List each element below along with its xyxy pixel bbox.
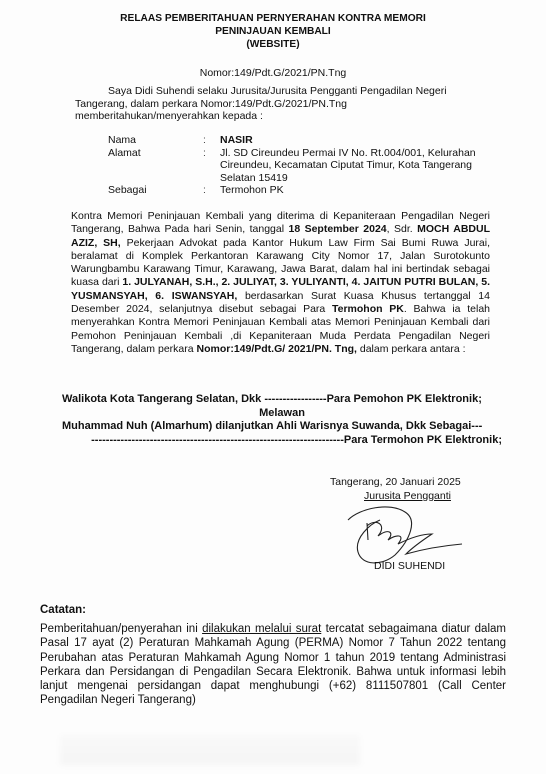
separator: : (203, 134, 220, 147)
received-date: 18 September 2024 (288, 223, 386, 235)
body-paragraph: Kontra Memori Peninjauan Kembali yang di… (71, 210, 490, 356)
title-line-3: (WEBSITE) (0, 38, 546, 51)
place-date: Tangerang, 20 Januari 2025 (330, 476, 461, 489)
separator: : (203, 147, 220, 185)
recipient-name-row: Nama : NASIR (108, 134, 488, 147)
title-line-1: RELAAS PEMBERITAHUAN PERNYERAHAN KONTRA … (0, 12, 546, 25)
notes-text-underlined: dilakukan melalui surat (202, 623, 321, 635)
recipient-identity: Nama : NASIR Alamat : Jl. SD Cireundeu P… (108, 134, 488, 197)
recipient-role-row: Sebagai : Termohon PK (108, 184, 488, 197)
address-label: Alamat (108, 147, 203, 185)
name-value: NASIR (220, 134, 488, 147)
defendant-line: Muhammad Nuh (Almarhum) dilanjutkan Ahli… (62, 420, 502, 434)
notes-text-part: tercatat sebagaimana diatur dalam Pasal … (40, 623, 506, 706)
defendant-role-line: ----------------------------------------… (62, 434, 502, 448)
plaintiff-line: Walikota Kota Tangerang Selatan, Dkk ---… (62, 393, 502, 407)
name-label: Nama (108, 134, 203, 147)
intro-line-3: memberitahukan/menyerahkan kepada : (75, 110, 495, 123)
signer-name: DIDI SUHENDI (374, 560, 445, 573)
notes-text: Pemberitahuan/penyerahan ini dilakukan m… (40, 622, 506, 708)
body-text: , Sdr. (387, 223, 417, 235)
case-number: Nomor:149/Pdt.G/2021/PN.Tng (0, 67, 546, 79)
document-page: RELAAS PEMBERITAHUAN PERNYERAHAN KONTRA … (0, 0, 546, 774)
separator: : (203, 184, 220, 197)
document-title: RELAAS PEMBERITAHUAN PERNYERAHAN KONTRA … (0, 12, 546, 51)
recipient-address-row: Alamat : Jl. SD Cireundeu Permai IV No. … (108, 147, 488, 185)
role-label: Sebagai (108, 184, 203, 197)
address-value: Jl. SD Cireundeu Permai IV No. Rt.004/00… (220, 147, 488, 185)
case-parties: Walikota Kota Tangerang Selatan, Dkk ---… (62, 393, 502, 447)
role-value: Termohon PK (220, 184, 488, 197)
intro-line-1: Saya Didi Suhendi selaku Jurusita/Jurusi… (75, 85, 495, 98)
intro-line-2: Tangerang, dalam perkara Nomor:149/Pdt.G… (75, 98, 495, 111)
notes-title: Catatan: (40, 604, 86, 616)
versus-label: Melawan (62, 407, 502, 421)
bleed-through-shadow (60, 735, 360, 765)
case-number-bold: Nomor:149/Pdt.G/ 2021/PN. Tng, (197, 343, 357, 355)
title-line-2: PENINJAUAN KEMBALI (0, 25, 546, 38)
body-text: dalam perkara antara : (357, 343, 466, 355)
intro-paragraph: Saya Didi Suhendi selaku Jurusita/Jurusi… (75, 85, 495, 123)
termohon-label: Termohon PK (332, 303, 404, 315)
notes-text-part: Pemberitahuan/penyerahan ini (40, 623, 202, 635)
